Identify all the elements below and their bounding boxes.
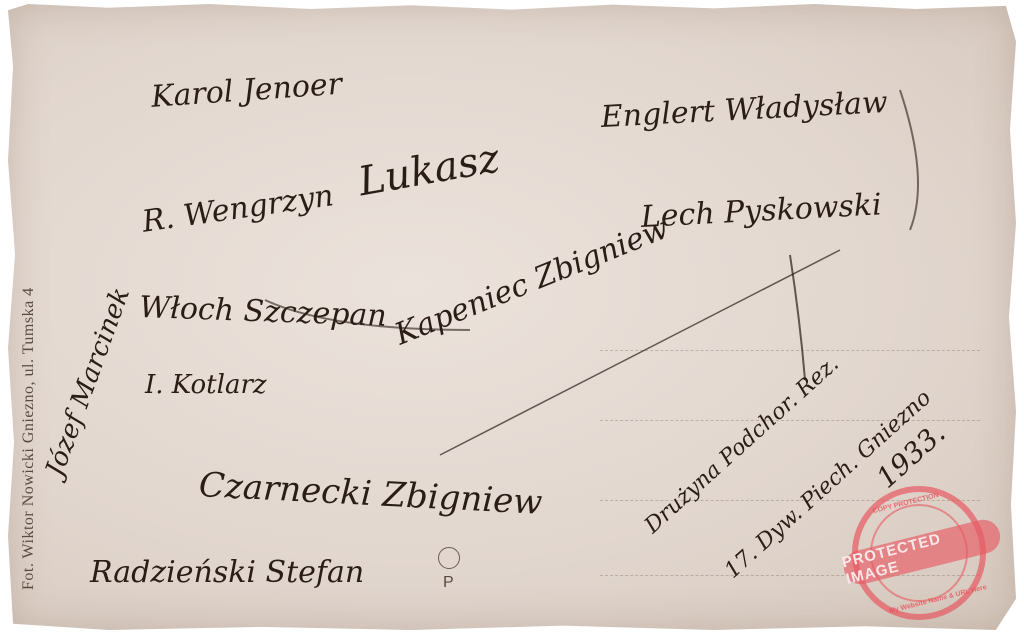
signature: I. Kotlarz bbox=[145, 370, 267, 400]
signature: Radzieński Stefan bbox=[90, 555, 364, 590]
publisher-logo-icon bbox=[438, 547, 460, 569]
publisher-mark: P bbox=[443, 574, 454, 592]
